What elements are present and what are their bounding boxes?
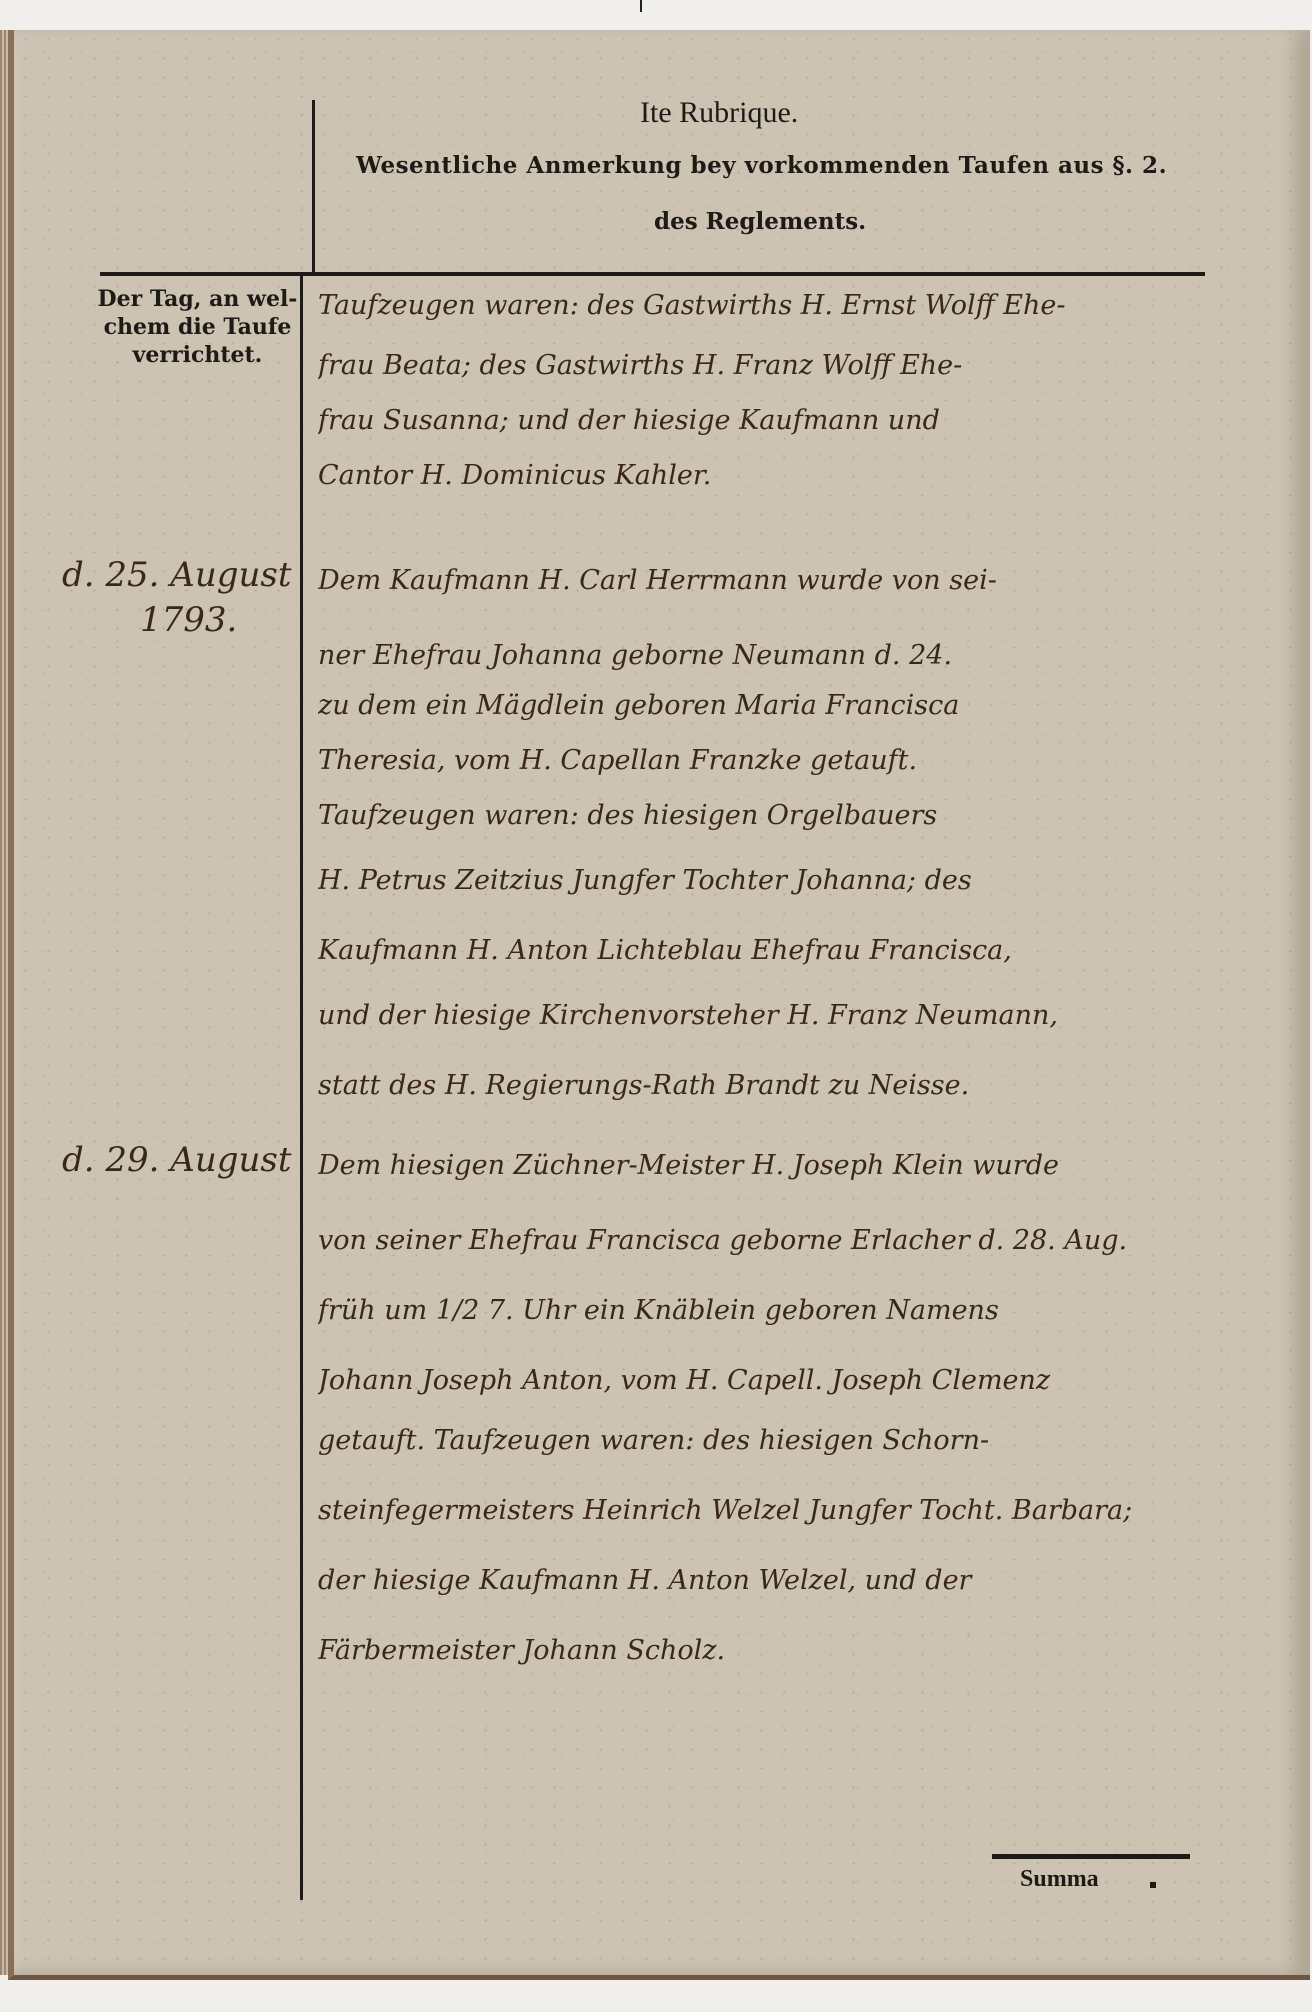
entry-date: d. 29. August — [62, 1140, 291, 1180]
entry-line: Kaufmann H. Anton Lichteblau Ehefrau Fra… — [318, 935, 1278, 966]
rubric-subtitle-2: des Reglements. — [654, 208, 866, 235]
entry-line: Färbermeister Johann Scholz. — [318, 1635, 1278, 1666]
entry-line: von seiner Ehefrau Francisca geborne Erl… — [318, 1225, 1278, 1256]
entry-line: früh um 1/2 7. Uhr ein Knäblein geboren … — [318, 1295, 1278, 1326]
entry-line: der hiesige Kaufmann H. Anton Welzel, un… — [318, 1565, 1278, 1596]
summa-rule — [992, 1854, 1190, 1859]
entry-line: ner Ehefrau Johanna geborne Neumann d. 2… — [318, 640, 1278, 671]
entry-line: statt des H. Regierungs-Rath Brandt zu N… — [318, 1070, 1278, 1101]
summa-label: Summa — [1020, 1866, 1099, 1893]
entry-line: Theresia, vom H. Capellan Franzke getauf… — [318, 745, 1278, 776]
entry-line: steinfegermeisters Heinrich Welzel Jungf… — [318, 1495, 1278, 1526]
entry-line: Taufzeugen waren: des Gastwirths H. Erns… — [318, 290, 1278, 321]
entry-line: und der hiesige Kirchenvorsteher H. Fran… — [318, 1000, 1278, 1031]
entry-line: Cantor H. Dominicus Kahler. — [318, 460, 1278, 491]
rubric-title: Ite Rubrique. — [640, 96, 798, 130]
rubric-subtitle: Wesentliche Anmerkung bey vorkommenden T… — [356, 152, 1167, 179]
entry-date: d. 25. August — [62, 555, 291, 595]
entry-line: frau Beata; des Gastwirths H. Franz Wolf… — [318, 350, 1278, 381]
entry-line: Dem hiesigen Züchner-Meister H. Joseph K… — [318, 1150, 1278, 1181]
entry-line: getauft. Taufzeugen waren: des hiesigen … — [318, 1425, 1278, 1456]
entry-line: Dem Kaufmann H. Carl Herrmann wurde von … — [318, 565, 1278, 596]
entry-line: Taufzeugen waren: des hiesigen Orgelbaue… — [318, 800, 1278, 831]
date-column-header: Der Tag, an wel- chem die Taufe verricht… — [95, 285, 300, 369]
entry-line: H. Petrus Zeitzius Jungfer Tochter Johan… — [318, 865, 1278, 896]
summa-dot — [1150, 1882, 1156, 1888]
column-divider — [300, 276, 303, 1900]
spine-mark — [640, 0, 642, 12]
header-rule — [100, 272, 1205, 276]
entry-year: 1793. — [140, 600, 237, 640]
header-divider — [312, 100, 315, 272]
entry-line: Johann Joseph Anton, vom H. Capell. Jose… — [318, 1365, 1278, 1396]
entry-line: frau Susanna; und der hiesige Kaufmann u… — [318, 405, 1278, 436]
entry-line: zu dem ein Mägdlein geboren Maria Franci… — [318, 690, 1278, 721]
